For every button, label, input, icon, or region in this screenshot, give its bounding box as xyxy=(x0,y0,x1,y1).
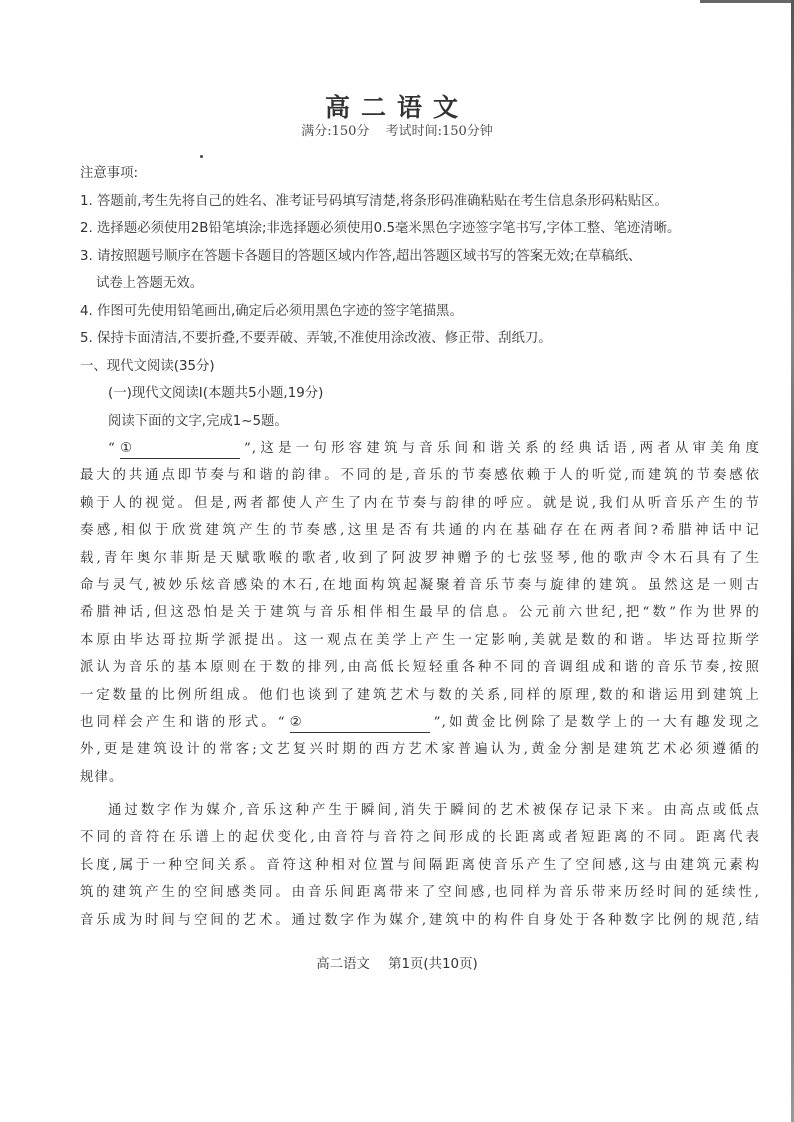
passage-line: 希腊神话,但这恐怕是关于建筑与音乐相伴相生最早的信息。公元前六世纪,把“数”作为… xyxy=(80,599,760,626)
sub-section-heading: (一)现代文阅读Ⅰ(本题共5小题,19分) xyxy=(80,380,760,408)
passage-line: 一定数量的比例所组成。他们也谈到了建筑艺术与数的关系,同样的原理,数的和谐运用到… xyxy=(80,682,760,709)
passage-line: 命与灵气,被妙乐炫音感染的木石,在地面构筑起凝聚着音乐节奏与旋律的建筑。虽然这是… xyxy=(80,572,760,599)
notice-item: 3. 请按照题号顺序在答题卡各题目的答题区域内作答,超出答题区域书写的答案无效;… xyxy=(80,243,760,271)
passage-line: “①”,这是一句形容建筑与音乐间和谐关系的经典话语,两者从审美角度 xyxy=(80,435,760,462)
footer-page-number: 第1页(共10页) xyxy=(388,957,478,972)
notice-item-continued: 试卷上答题无效。 xyxy=(80,270,760,298)
passage-line: 本原由毕达哥拉斯学派提出。这一观点在美学上产生一定影响,美就是数的和谐。毕达哥拉… xyxy=(80,627,760,654)
reading-passage: “①”,这是一句形容建筑与音乐间和谐关系的经典话语,两者从审美角度 最大的共通点… xyxy=(80,435,760,934)
passage-line: 长度,属于一种空间关系。音符这种相对位置与间隔距离使音乐产生了空间感,这与由建筑… xyxy=(80,852,760,879)
passage-line: 通过数字作为媒介,音乐这种产生于瞬间,消失于瞬间的艺术被保存记录下来。由高点或低… xyxy=(80,797,760,824)
passage-line: 最大的共通点即节奏与和谐的韵律。不同的是,音乐的节奏感依赖于人的听觉,而建筑的节… xyxy=(80,462,760,489)
footer-subject: 高二语文 xyxy=(316,957,370,972)
passage-line: 奏感,相似于欣赏建筑产生的节奏感,这里是否有共通的内在基础存在在两者间?希腊神话… xyxy=(80,517,760,544)
exam-time: 考试时间:150分钟 xyxy=(386,124,493,139)
exam-title: 高二语文 xyxy=(0,88,794,124)
passage-line: 规律。 xyxy=(80,764,760,791)
page-footer: 高二语文 第1页(共10页) xyxy=(0,953,794,972)
full-score: 满分:150分 xyxy=(301,124,369,139)
notice-heading: 注意事项: xyxy=(80,160,760,188)
notice-block: 注意事项: 1. 答题前,考生先将自己的姓名、准考证号码填写清楚,将条形码准确粘… xyxy=(80,160,760,435)
notice-item: 4. 作图可先使用铅笔画出,确定后必须用黑色字迹的签字笔描黑。 xyxy=(80,298,760,326)
notice-item: 5. 保持卡面清洁,不要折叠,不要弄破、弄皱,不准使用涂改液、修正带、刮纸刀。 xyxy=(80,325,760,353)
passage-line: 音乐成为时间与空间的艺术。通过数字作为媒介,建筑中的构件自身处于各种数字比例的规… xyxy=(80,907,760,934)
passage-line: 外,更是建筑设计的常客;文艺复兴时期的西方艺术家普遍认为,黄金分割是建筑艺术必须… xyxy=(80,736,760,763)
passage-line: 派认为音乐的基本原则在于数的排列,由高低长短轻重各种不同的音调组成和谐的音乐节奏… xyxy=(80,654,760,681)
passage-line: 赖于人的视觉。但是,两者都使人产生了内在节奏与韵律的呼应。就是说,我们从听音乐产… xyxy=(80,490,760,517)
passage-line: 载,青年奥尔菲斯是天赋歌喉的歌者,收到了阿波罗神赠予的七弦竖琴,他的歌声令木石具… xyxy=(80,545,760,572)
notice-item: 2. 选择题必须使用2B铅笔填涂;非选择题必须使用0.5毫米黑色字迹签字笔书写,… xyxy=(80,215,760,243)
blank-2: ② xyxy=(290,714,430,733)
section-heading: 一、现代文阅读(35分) xyxy=(80,353,760,381)
exam-subtitle: 满分:150分 考试时间:150分钟 xyxy=(0,120,794,139)
scan-speck xyxy=(200,155,203,158)
passage-line: 筑的建筑产生的空间感类同。由音乐间距离带来了空间感,也同样为音乐带来历经时间的延… xyxy=(80,879,760,906)
passage-line: 不同的音符在乐谱上的起伏变化,由音符与音符之间形成的长距离或者短距离的不同。距离… xyxy=(80,824,760,851)
notice-item: 1. 答题前,考生先将自己的姓名、准考证号码填写清楚,将条形码准确粘贴在考生信息… xyxy=(80,188,760,216)
reading-instruction: 阅读下面的文字,完成1~5题。 xyxy=(80,408,760,436)
scan-edge-top xyxy=(700,0,794,3)
blank-1: ① xyxy=(120,440,240,459)
passage-line: 也同样会产生和谐的形式。“②”,如黄金比例除了是数学上的一大有趣发现之 xyxy=(80,709,760,736)
